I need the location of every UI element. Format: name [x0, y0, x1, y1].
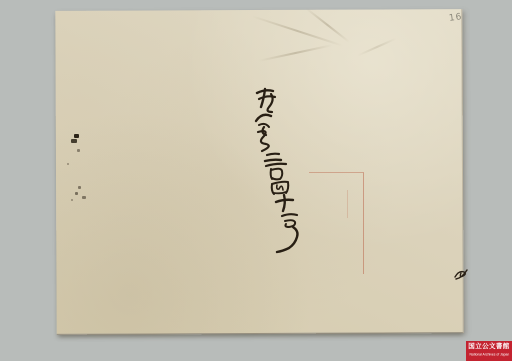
watermark-title-jp: 国立公文書館 — [468, 343, 509, 351]
ink-speck — [71, 139, 77, 143]
ruled-line-bleedthrough — [309, 172, 364, 274]
ruled-line-bleedthrough — [347, 190, 348, 218]
scan-viewport: 勅令第二百四十号 — [0, 0, 512, 361]
ink-speck — [75, 192, 78, 195]
ink-speck — [82, 196, 86, 199]
ink-speck — [71, 199, 73, 201]
page-number-pencil: 16 — [448, 12, 463, 24]
ink-corner-mark: め — [453, 267, 470, 282]
calligraphy-strokes — [248, 82, 306, 254]
ink-speck — [67, 163, 69, 165]
ink-speck — [78, 186, 81, 189]
watermark-title-en: National Archives of Japan — [469, 353, 509, 356]
calligraphy-column: 勅令第二百四十号 — [248, 82, 306, 254]
ink-speck — [74, 134, 79, 138]
archives-watermark: 国立公文書館 National Archives of Japan — [466, 341, 512, 361]
ink-speck — [77, 149, 80, 152]
